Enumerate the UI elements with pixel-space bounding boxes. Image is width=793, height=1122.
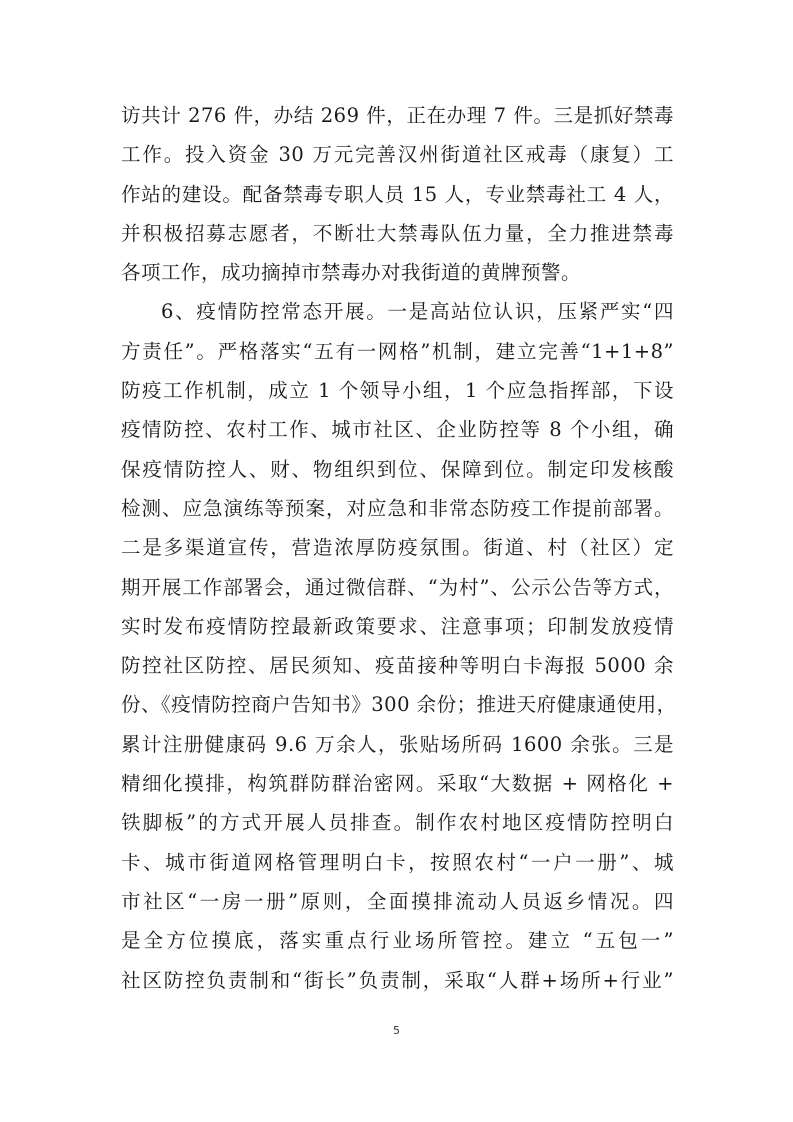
text-line: 社区防控负责制和“街长”负责制，采取“人群+场所+行业” xyxy=(121,961,674,1000)
text-line: 保疫情防控人、财、物组织到位、保障到位。制定印发核酸 xyxy=(121,450,674,489)
text-line: 作站的建设。配备禁毒专职人员 15 人，专业禁毒社工 4 人， xyxy=(121,175,674,214)
text-line: 方责任”。严格落实“五有一网格”机制，建立完善“1+1+8” xyxy=(121,332,674,371)
text-line: 铁脚板”的方式开展人员排查。制作农村地区疫情防控明白 xyxy=(121,803,674,842)
text-line: 访共计 276 件，办结 269 件，正在办理 7 件。三是抓好禁毒 xyxy=(121,96,674,135)
text-line: 期开展工作部署会，通过微信群、“为村”、公示公告等方式， xyxy=(121,568,674,607)
text-line: 疫情防控、农村工作、城市社区、企业防控等 8 个小组，确 xyxy=(121,410,674,449)
text-line: 二是多渠道宣传，营造浓厚防疫氛围。街道、村（社区）定 xyxy=(121,528,674,567)
text-line: 防疫工作机制，成立 1 个领导小组，1 个应急指挥部，下设 xyxy=(121,371,674,410)
document-page: 访共计 276 件，办结 269 件，正在办理 7 件。三是抓好禁毒 工作。投入… xyxy=(0,0,793,1122)
page-number: 5 xyxy=(0,1024,793,1037)
text-line: 并积极招募志愿者，不断壮大禁毒队伍力量，全力推进禁毒 xyxy=(121,214,674,253)
text-line: 实时发布疫情防控最新政策要求、注意事项；印制发放疫情 xyxy=(121,607,674,646)
text-line: 各项工作，成功摘掉市禁毒办对我街道的黄牌预警。 xyxy=(121,253,674,292)
text-line: 是全方位摸底，落实重点行业场所管控。建立 “五包一” xyxy=(121,921,674,960)
text-line: 防控社区防控、居民须知、疫苗接种等明白卡海报 5000 余 xyxy=(121,646,674,685)
section-heading-line: 6、疫情防控常态开展。一是高站位认识，压紧严实“四 xyxy=(121,292,674,331)
text-line: 份、《疫情防控商户告知书》300 余份；推进天府健康通使用， xyxy=(121,685,674,724)
body-text: 访共计 276 件，办结 269 件，正在办理 7 件。三是抓好禁毒 工作。投入… xyxy=(121,96,674,1000)
text-line: 精细化摸排，构筑群防群治密网。采取“大数据 + 网格化 + xyxy=(121,764,674,803)
text-line: 检测、应急演练等预案，对应急和非常态防疫工作提前部署。 xyxy=(121,489,674,528)
text-line: 卡、城市街道网格管理明白卡，按照农村“一户一册”、城 xyxy=(121,843,674,882)
text-line: 工作。投入资金 30 万元完善汉州街道社区戒毒（康复）工 xyxy=(121,135,674,174)
text-line: 累计注册健康码 9.6 万余人，张贴场所码 1600 余张。三是 xyxy=(121,725,674,764)
text-line: 市社区“一房一册”原则，全面摸排流动人员返乡情况。四 xyxy=(121,882,674,921)
